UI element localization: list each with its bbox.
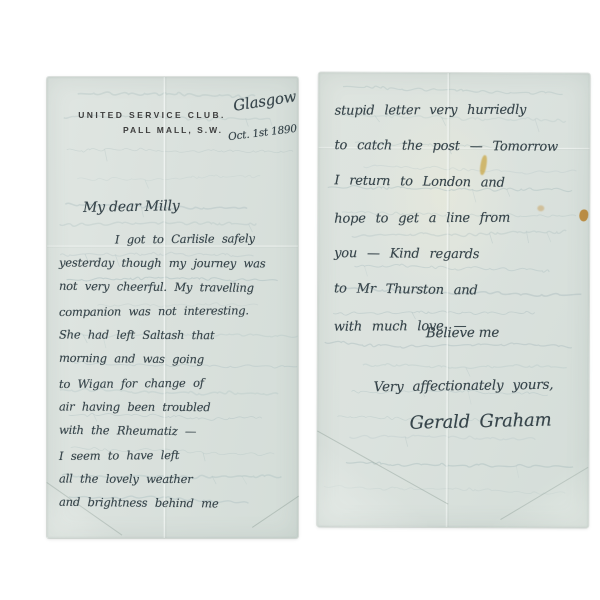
handwritten-line: hope to get a line from — [334, 200, 579, 237]
salutation: My dear Milly — [83, 198, 180, 216]
handwritten-line: to Mr Thurston and — [334, 271, 579, 310]
handwritten-line: I return to London and — [334, 163, 579, 202]
valediction-line: Very affectionately yours, — [374, 377, 554, 396]
letterhead-line2: PALL MALL, S.W. — [109, 125, 237, 135]
handwritten-line: all the lovely weather — [59, 466, 290, 491]
handwritten-line: and brightness behind me — [59, 490, 290, 516]
handwritten-line: with the Rheumatiz — — [59, 418, 290, 444]
handwritten-line: morning and was going — [59, 346, 290, 372]
signature: Gerald Graham — [409, 409, 551, 433]
handwritten-line: to Wigan for change of — [59, 370, 290, 396]
letter-page-2: stupid letter very hurriedly to catch th… — [317, 73, 590, 528]
handwritten-line: air having been troubled — [59, 394, 290, 419]
handwritten-line: you — Kind regards — [334, 236, 579, 274]
handwritten-line: stupid letter very hurriedly — [335, 92, 580, 129]
letterhead-line1: UNITED SERVICE CLUB. — [67, 110, 237, 120]
closing-line: Believe me — [426, 325, 499, 342]
letter-body-page1: I got to Carlisle safely yesterday thoug… — [59, 227, 290, 515]
handwritten-line: not very cheerful. My travelling — [59, 274, 290, 300]
handwritten-line: She had left Saltash that — [59, 322, 290, 347]
handwritten-line: yesterday though my journey was — [59, 250, 290, 275]
handwritten-line: I got to Carlisle safely — [59, 226, 290, 252]
handwritten-line: I seem to have left — [59, 442, 290, 468]
handwritten-line: companion was not interesting. — [59, 298, 290, 324]
letterhead: UNITED SERVICE CLUB. PALL MALL, S.W. — [67, 110, 237, 135]
letter-body-page2: stupid letter very hurriedly to catch th… — [334, 93, 580, 346]
handwritten-line: to catch the post — Tomorrow — [334, 128, 579, 166]
letter-page-1: UNITED SERVICE CLUB. PALL MALL, S.W. Gla… — [47, 77, 298, 538]
photo-background: UNITED SERVICE CLUB. PALL MALL, S.W. Gla… — [0, 0, 600, 600]
